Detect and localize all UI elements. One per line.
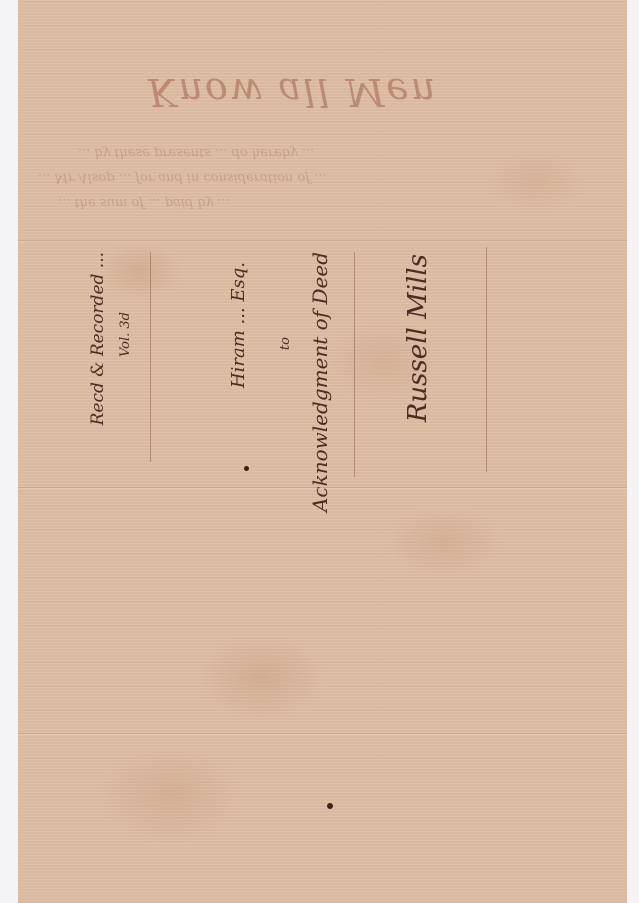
third-panel	[18, 489, 627, 733]
ruled-line	[354, 252, 355, 477]
ink-speck	[244, 466, 249, 471]
docket-line-2: Acknowledgment of Deed	[308, 252, 332, 512]
docket-line-5: Recd & Recorded ...	[88, 252, 108, 425]
top-panel: Know all Men ... by these presents ... d…	[18, 0, 627, 240]
ruled-line	[486, 247, 487, 472]
faded-line: ... the sum of ... paid by ...	[58, 195, 230, 210]
ruled-line	[150, 252, 151, 462]
ink-speck	[327, 803, 333, 809]
faded-line: ... Mr Alsop ... for and in consideratio…	[38, 170, 327, 185]
document-sheet: Know all Men ... by these presents ... d…	[18, 0, 627, 903]
bottom-panel	[18, 735, 627, 903]
docket-panel: Russell Mills Acknowledgment of Deed to …	[18, 242, 627, 487]
docket-line-1: Russell Mills	[403, 254, 433, 422]
faded-heading-bleedthrough: Know all Men	[148, 70, 437, 114]
faded-line: ... by these presents ... do hereby ...	[78, 145, 314, 160]
docket-line-4: Hiram ... Esq.	[228, 262, 249, 388]
docket-line-6: Vol. 3d	[118, 312, 133, 357]
docket-line-3: to	[278, 337, 293, 350]
